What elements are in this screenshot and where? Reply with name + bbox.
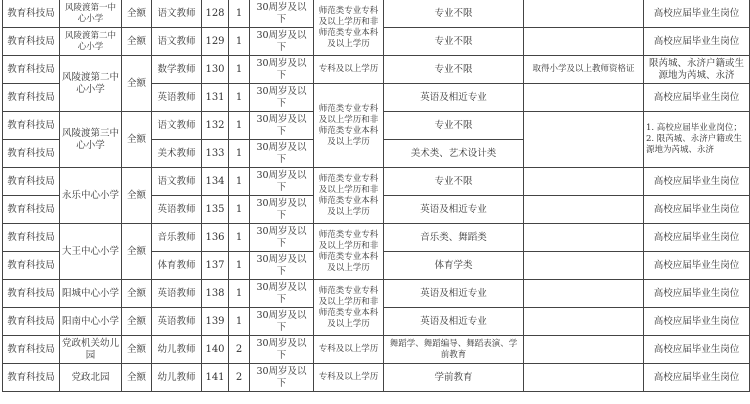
age-cell: 30周岁及以下	[250, 364, 314, 392]
note-cell: 高校应届毕业生岗位	[644, 280, 750, 308]
count-cell: 1	[229, 56, 250, 84]
code-cell: 132	[202, 112, 229, 140]
funding-cell: 全额	[122, 56, 152, 112]
dept-cell: 教育科技局	[3, 0, 60, 28]
code-cell: 135	[202, 196, 229, 224]
recruitment-table: 教育科技局 风陵渡第一中心小学 全额 语文教师 128 1 30周岁及以下 师范…	[2, 0, 750, 392]
age-cell: 30周岁及以下	[250, 84, 314, 112]
other-cell	[524, 336, 644, 364]
code-cell: 140	[202, 336, 229, 364]
position-cell: 语文教师	[152, 112, 202, 140]
position-cell: 体育教师	[152, 252, 202, 280]
position-cell: 英语教师	[152, 308, 202, 336]
count-cell: 1	[229, 308, 250, 336]
school-cell: 党政北园	[60, 364, 122, 392]
dept-cell: 教育科技局	[3, 364, 60, 392]
other-cell	[524, 112, 644, 168]
other-cell	[524, 28, 644, 56]
note-cell: 高校应届毕业生岗位	[644, 168, 750, 196]
other-cell	[524, 252, 644, 280]
count-cell: 1	[229, 252, 250, 280]
table-row: 教育科技局 党政北园 全额 幼儿教师 141 2 30周岁及以下 专科及以上学历…	[3, 364, 750, 392]
table-row: 教育科技局 大王中心小学 全额 音乐教师 136 1 30周岁及以下 师范类专业…	[3, 224, 750, 252]
funding-cell: 全额	[122, 364, 152, 392]
dept-cell: 教育科技局	[3, 336, 60, 364]
code-cell: 136	[202, 224, 229, 252]
other-cell	[524, 364, 644, 392]
note-cell: 高校应届毕业生岗位	[644, 308, 750, 336]
count-cell: 1	[229, 196, 250, 224]
funding-cell: 全额	[122, 280, 152, 308]
dept-cell: 教育科技局	[3, 252, 60, 280]
note-cell: 高校应届毕业生岗位	[644, 364, 750, 392]
table-row: 教育科技局 永乐中心小学 全额 语文教师 134 1 30周岁及以下 师范类专业…	[3, 168, 750, 196]
education-cell: 专科及以上学历	[314, 56, 384, 84]
count-cell: 1	[229, 28, 250, 56]
note-cell: 高校应届毕业生岗位	[644, 336, 750, 364]
age-cell: 30周岁及以下	[250, 336, 314, 364]
code-cell: 138	[202, 280, 229, 308]
table-row: 教育科技局 风陵渡第一中心小学 全额 语文教师 128 1 30周岁及以下 师范…	[3, 0, 750, 28]
age-cell: 30周岁及以下	[250, 252, 314, 280]
other-cell	[524, 0, 644, 28]
code-cell: 134	[202, 168, 229, 196]
note-cell: 高校应届毕业生岗位	[644, 224, 750, 252]
position-cell: 语文教师	[152, 0, 202, 28]
count-cell: 1	[229, 140, 250, 168]
education-cell: 专科及以上学历	[314, 364, 384, 392]
major-cell: 舞蹈学、舞蹈编导、舞蹈表演、学前教育	[384, 336, 524, 364]
school-cell: 风陵渡第二中心小学	[60, 28, 122, 56]
other-cell	[524, 280, 644, 308]
table-row: 教育科技局 党政机关幼儿园 全额 幼儿教师 140 2 30周岁及以下 专科及以…	[3, 336, 750, 364]
table-row: 教育科技局 风陵渡第二中心小学 全额 数学教师 130 1 30周岁及以下 专科…	[3, 56, 750, 84]
other-cell	[524, 224, 644, 252]
dept-cell: 教育科技局	[3, 196, 60, 224]
other-cell	[524, 84, 644, 112]
note-cell: 高校应届毕业生岗位	[644, 196, 750, 224]
other-cell	[524, 168, 644, 196]
major-cell: 英语及相近专业	[384, 84, 524, 112]
age-cell: 30周岁及以下	[250, 28, 314, 56]
age-cell: 30周岁及以下	[250, 224, 314, 252]
count-cell: 1	[229, 280, 250, 308]
position-cell: 英语教师	[152, 84, 202, 112]
funding-cell: 全额	[122, 168, 152, 224]
code-cell: 137	[202, 252, 229, 280]
other-cell	[524, 196, 644, 224]
code-cell: 130	[202, 56, 229, 84]
school-cell: 党政机关幼儿园	[60, 336, 122, 364]
major-cell: 专业不限	[384, 56, 524, 84]
count-cell: 2	[229, 364, 250, 392]
major-cell: 英语及相近专业	[384, 308, 524, 336]
major-cell: 专业不限	[384, 168, 524, 196]
position-cell: 英语教师	[152, 196, 202, 224]
count-cell: 2	[229, 336, 250, 364]
dept-cell: 教育科技局	[3, 112, 60, 140]
count-cell: 1	[229, 0, 250, 28]
position-cell: 幼儿教师	[152, 336, 202, 364]
note-cell: 限芮城、永济户籍或生源地为芮城、永济	[644, 56, 750, 84]
major-cell: 专业不限	[384, 112, 524, 140]
dept-cell: 教育科技局	[3, 308, 60, 336]
education-cell: 师范类专业专科及以上学历和非师范类专业本科及以上学历	[314, 84, 384, 168]
age-cell: 30周岁及以下	[250, 56, 314, 84]
dept-cell: 教育科技局	[3, 280, 60, 308]
major-cell: 美术类、艺术设计类	[384, 140, 524, 168]
code-cell: 128	[202, 0, 229, 28]
other-cell: 取得小学及以上教师资格证	[524, 56, 644, 84]
note-cell: 高校应届毕业生岗位	[644, 84, 750, 112]
education-cell: 师范类专业专科及以上学历和非师范类专业本科及以上学历	[314, 280, 384, 336]
age-cell: 30周岁及以下	[250, 168, 314, 196]
code-cell: 129	[202, 28, 229, 56]
funding-cell: 全额	[122, 224, 152, 280]
dept-cell: 教育科技局	[3, 56, 60, 84]
code-cell: 141	[202, 364, 229, 392]
position-cell: 数学教师	[152, 56, 202, 84]
dept-cell: 教育科技局	[3, 84, 60, 112]
dept-cell: 教育科技局	[3, 140, 60, 168]
code-cell: 133	[202, 140, 229, 168]
position-cell: 美术教师	[152, 140, 202, 168]
funding-cell: 全额	[122, 0, 152, 28]
count-cell: 1	[229, 112, 250, 140]
education-cell: 专科及以上学历	[314, 336, 384, 364]
dept-cell: 教育科技局	[3, 224, 60, 252]
note-cell: 1. 高校应届毕业业岗位；2. 限芮城、永济户籍或生源地为芮城、永济	[644, 112, 750, 168]
age-cell: 30周岁及以下	[250, 280, 314, 308]
note-cell: 高校应届毕业生岗位	[644, 28, 750, 56]
school-cell: 风陵渡第三中心小学	[60, 112, 122, 168]
count-cell: 1	[229, 168, 250, 196]
school-cell: 阳城中心小学	[60, 280, 122, 308]
note-cell: 高校应届毕业生岗位	[644, 252, 750, 280]
major-cell: 体育学类	[384, 252, 524, 280]
funding-cell: 全额	[122, 112, 152, 168]
position-cell: 英语教师	[152, 280, 202, 308]
school-cell: 风陵渡第一中心小学	[60, 0, 122, 28]
major-cell: 专业不限	[384, 0, 524, 28]
major-cell: 英语及相近专业	[384, 196, 524, 224]
major-cell: 英语及相近专业	[384, 280, 524, 308]
count-cell: 1	[229, 224, 250, 252]
position-cell: 语文教师	[152, 168, 202, 196]
school-cell: 阳南中心小学	[60, 308, 122, 336]
position-cell: 幼儿教师	[152, 364, 202, 392]
funding-cell: 全额	[122, 28, 152, 56]
age-cell: 30周岁及以下	[250, 196, 314, 224]
funding-cell: 全额	[122, 308, 152, 336]
education-cell: 师范类专业专科及以上学历和非师范类专业本科及以上学历	[314, 168, 384, 224]
position-cell: 语文教师	[152, 28, 202, 56]
dept-cell: 教育科技局	[3, 168, 60, 196]
age-cell: 30周岁及以下	[250, 140, 314, 168]
code-cell: 139	[202, 308, 229, 336]
education-cell: 师范类专业专科及以上学历和非师范类专业本科及以上学历	[314, 0, 384, 56]
age-cell: 30周岁及以下	[250, 308, 314, 336]
note-cell: 高校应届毕业生岗位	[644, 0, 750, 28]
other-cell	[524, 308, 644, 336]
code-cell: 131	[202, 84, 229, 112]
dept-cell: 教育科技局	[3, 28, 60, 56]
table-row: 教育科技局 阳城中心小学 全额 英语教师 138 1 30周岁及以下 师范类专业…	[3, 280, 750, 308]
education-cell: 师范类专业专科及以上学历和非师范类专业本科及以上学历	[314, 224, 384, 280]
position-cell: 音乐教师	[152, 224, 202, 252]
school-cell: 风陵渡第二中心小学	[60, 56, 122, 112]
major-cell: 音乐类、舞蹈类	[384, 224, 524, 252]
age-cell: 30周岁及以下	[250, 0, 314, 28]
count-cell: 1	[229, 84, 250, 112]
age-cell: 30周岁及以下	[250, 112, 314, 140]
school-cell: 大王中心小学	[60, 224, 122, 280]
school-cell: 永乐中心小学	[60, 168, 122, 224]
funding-cell: 全额	[122, 336, 152, 364]
major-cell: 学前教育	[384, 364, 524, 392]
major-cell: 专业不限	[384, 28, 524, 56]
